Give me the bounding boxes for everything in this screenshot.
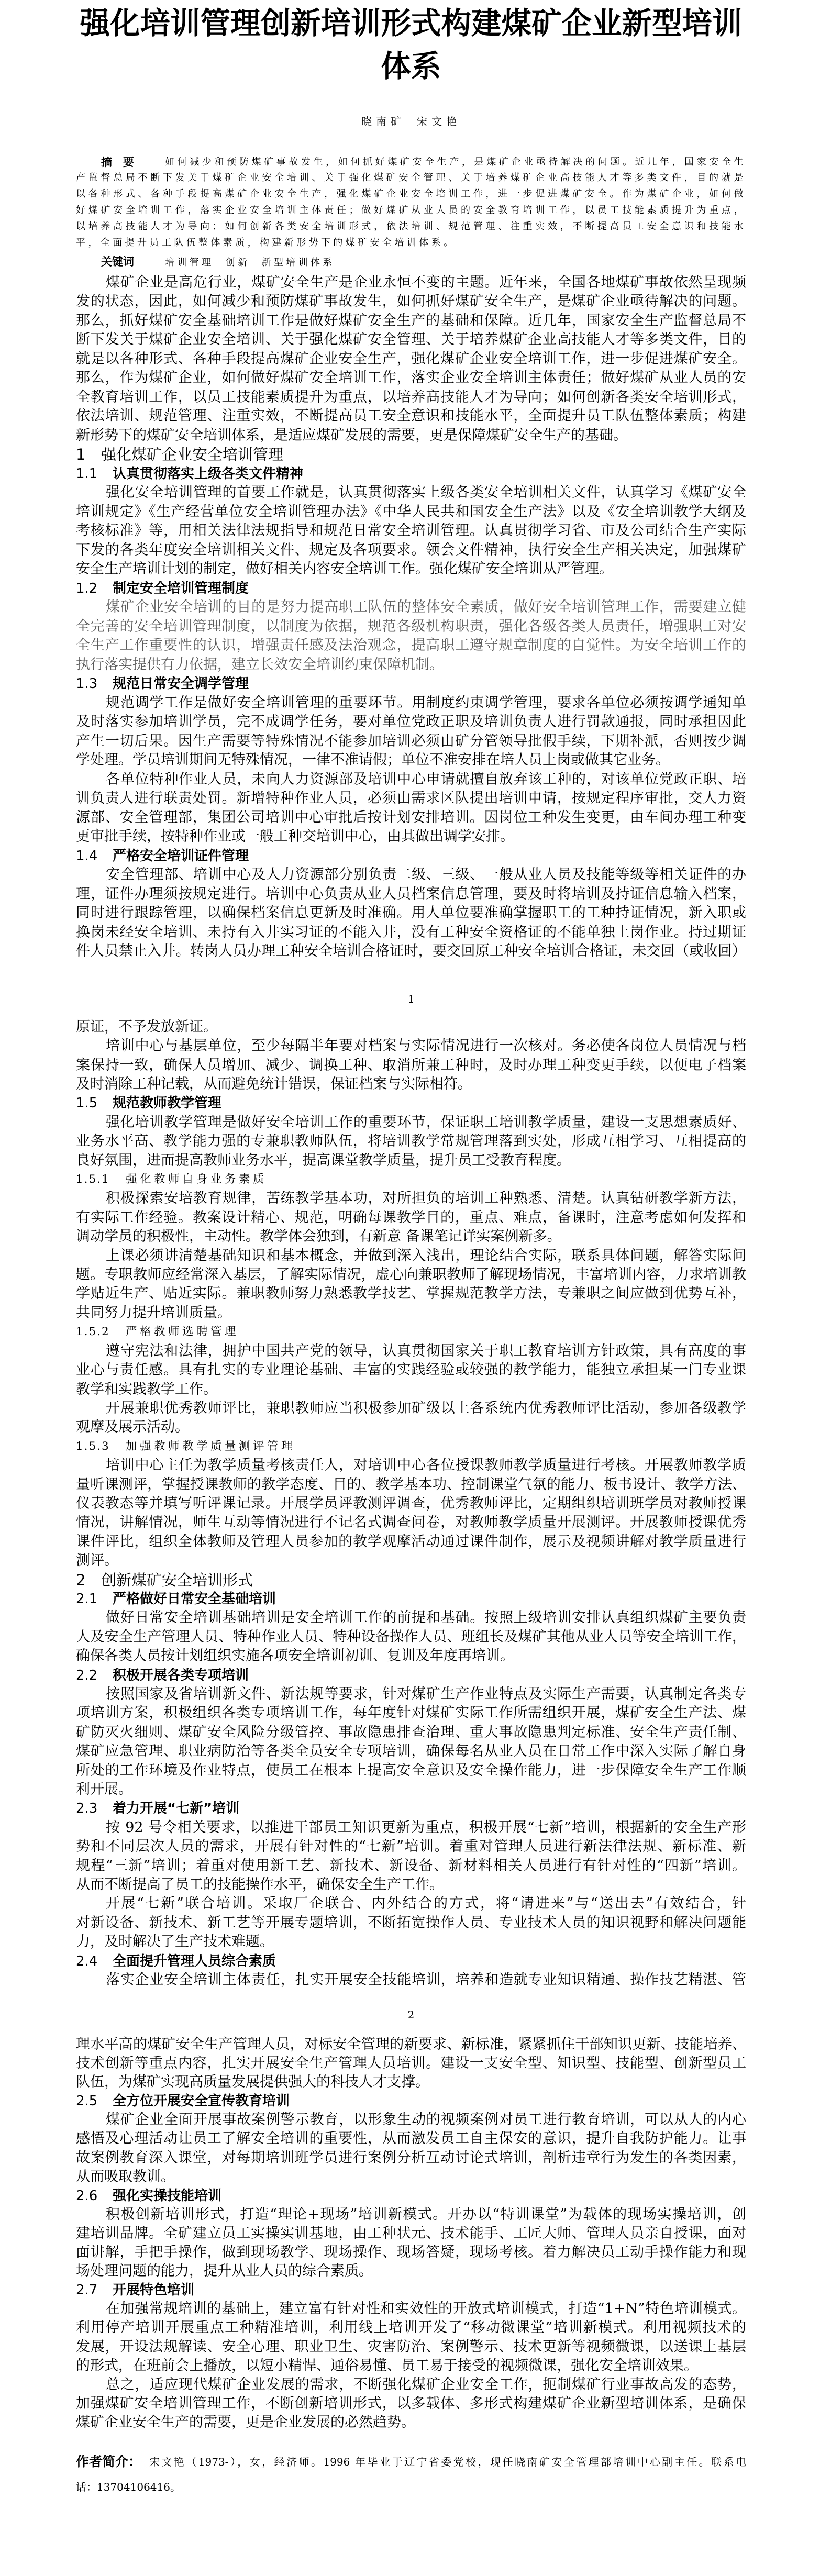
paragraph-line: 利用停产培训开展重点工种精准培训，利用线上培训开发了“移动微课堂”培训新模式。利… (76, 2318, 746, 2337)
paragraph-line: 仪表教态等并填写听评课记录。开展学员评教测评调查，优秀教师评比，定期组织培训班学… (76, 1494, 746, 1513)
title-line: 强化培训管理创新培训形式构建煤矿企业新型培训 (76, 2, 746, 45)
paragraph-line: 同时进行跟踪管理，以确保档案信息更新及时准确。用人单位要准确掌握职工的工种持证情… (76, 904, 746, 923)
paragraph-continued: 理水平高的煤矿安全生产管理人员，对标安全管理的新要求、新标准，紧紧抓住干部知识更… (76, 2035, 746, 2092)
paragraph-line: 教学和实践教学工作。 (76, 1380, 746, 1399)
subsection-title: 开展特色培训 (113, 2282, 194, 2298)
title-line: 体系 (76, 45, 746, 88)
paragraph: 培训中心与基层单位，至少每隔半年要对档案与实际情况进行一次核对。务必使各岗位人员… (76, 1037, 746, 1094)
subsubsection-heading: 1.5.1强化教师自身业务素质 (76, 1170, 746, 1189)
paragraph-line: 安全生产培训计划的制定，做好相关内容安全培训工作。强化煤矿安全培训从严管理。 (76, 560, 746, 579)
paragraph-line: 测评。 (76, 1551, 746, 1570)
paragraph: 在加强常规培训的基础上，建立富有针对性和实效性的开放式培训模式，打造“1+N”特… (76, 2300, 746, 2375)
paragraph: 煤矿企业安全培训的目的是努力提高职工队伍的整体安全素质，做好安全培训管理工作，需… (76, 598, 746, 674)
paragraph-line: 培训规定》《生产经营单位安全培训管理办法》《中华人民共和国安全生产法》以及《安全… (76, 503, 746, 522)
subsubsection-number: 1.5.1 (76, 1170, 126, 1189)
author-bio-text: 宋文艳（1973-），女，经济师。1996 年毕业于辽宁省委党校，现任晓南矿安全… (149, 2449, 746, 2474)
paragraph-line: 落实企业安全培训主体责任，扎实开展安全技能培训，培养和造就专业知识精通、操作技艺… (76, 1971, 746, 1990)
paragraph-line: 按 92 号令相关要求，以推进干部员工知识更新为重点，积极开展“七新”培训，根据… (76, 1818, 746, 1837)
subsection-title: 严格安全培训证件管理 (113, 848, 249, 864)
subsection-number: 1.2 (76, 579, 113, 598)
paragraph-line: 良好氛围，进而提高教师业务水平，提高课堂教学质量，提升员工受教育程度。 (76, 1151, 746, 1170)
paragraph-line: 规程“三新”培训；着重对使用新工艺、新技术、新设备、新材料相关人员进行有针对性的… (76, 1857, 746, 1875)
keywords-label: 关键词 (101, 254, 165, 270)
paragraph-line: 面讲解，手把手操作，做到现场教学、现场操作、现场答疑，现场考核。着力解决员工动手… (76, 2243, 746, 2262)
paragraph-line: 在加强常规培训的基础上，建立富有针对性和实效性的开放式培训模式，打造“1+N”特… (76, 2300, 746, 2318)
paragraph-line: 开展兼职优秀教师评比，兼职教师应当积极参加矿级以上各系统内优秀教师评比活动，参加… (76, 1399, 746, 1418)
paragraph: 煤矿企业全面开展事故案例警示教育，以形象生动的视频案例对员工进行教育培训，可以从… (76, 2111, 746, 2186)
subsection-heading: 1.2制定安全培训管理制度 (76, 579, 746, 598)
paragraph-line: 源部、安全管理部，集团公司培训中心审批后按计划安排培训。因岗位工种发生变更，由车… (76, 808, 746, 828)
paragraph: 遵守宪法和法律，拥护中国共产党的领导，认真贯彻国家关于职工教育培训方针政策，具有… (76, 1342, 746, 1399)
paragraph: 开展“七新”联合培训。采取厂企联合、内外结合的方式，将“请进来”与“送出去”有效… (76, 1894, 746, 1951)
subsection-heading: 2.5全方位开展安全宣传教育培训 (76, 2092, 746, 2111)
paragraph-line: 依法培训、规范管理、注重实效，不断提高员工安全意识和技能水平，全面提升员工队伍整… (76, 407, 746, 426)
paragraph-line: 共同努力提升培训质量。 (76, 1304, 746, 1323)
paragraph-line: 训负责人进行联责处罚。新增特种作业人员，必须由需求区队提出培训申请，按规定程序审… (76, 789, 746, 808)
subsection-title: 认真贯彻落实上级各类文件精神 (113, 466, 303, 482)
paragraph: 开展兼职优秀教师评比，兼职教师应当积极参加矿级以上各系统内优秀教师评比活动，参加… (76, 1399, 746, 1437)
paragraph-line: 更审批手续，按特种作业或一般工种交培训中心，由其做出调学安排。 (76, 827, 746, 847)
keyword: 培训管理 (165, 257, 214, 268)
paragraph-line: 确保各类人员按计划组织实施各项安全培训初训、复训及年度再培训。 (76, 1647, 746, 1665)
paragraph-line: 势和不同层次人员的需求，开展有针对性的“七新”培训。着重对管理人员进行新法律法规… (76, 1837, 746, 1856)
paragraph-line: 及时消除工种记载，从而避免统计错误，保证档案与实际相符。 (76, 1075, 746, 1094)
subsection-number: 2.2 (76, 1666, 113, 1685)
abstract-label: 摘 要 (101, 154, 165, 171)
paragraph-line: 遵守宪法和法律，拥护中国共产党的领导，认真贯彻国家关于职工教育培训方针政策，具有… (76, 1342, 746, 1361)
page-3-body: 理水平高的煤矿安全生产管理人员，对标安全管理的新要求、新标准，紧紧抓住干部知识更… (76, 2035, 746, 2432)
subsection-heading: 2.7开展特色培训 (76, 2281, 746, 2300)
paragraph: 强化安全培训管理的首要工作就是，认真贯彻落实上级各类安全培训相关文件，认真学习《… (76, 483, 746, 579)
subsection-number: 2.1 (76, 1590, 113, 1608)
paragraph-line: 案保持一致，确保人员增加、减少、调换工种、取消所兼工种时，及时办理工种变更手续，… (76, 1056, 746, 1075)
subsection-heading: 2.4全面提升管理人员综合素质 (76, 1952, 746, 1971)
paragraph-line: 题。专职教师应经常深入基层，了解实际情况，虚心向兼职教师了解现场情况，丰富培训内… (76, 1265, 746, 1284)
subsubsection-title: 强化教师自身业务素质 (126, 1173, 267, 1186)
paragraph-line: 上课必须讲清楚基础知识和基本概念，并做到深入浅出，理论结合实际，联系具体问题，解… (76, 1247, 746, 1265)
paragraph-line: 安全管理部、培训中心及人力资源部分别负责二级、三级、一般从业人员及技能等级等相关… (76, 865, 746, 885)
subsection-title: 着力开展“七新”培训 (113, 1801, 239, 1816)
author-bio-label: 作者简介： (76, 2449, 149, 2474)
subsection-heading: 2.6强化实操技能培训 (76, 2186, 746, 2205)
paragraph-line: 强化安全培训管理的首要工作就是，认真贯彻落实上级各类安全培训相关文件，认真学习《… (76, 483, 746, 503)
paragraph-line: 发的状态，因此，如何减少和预防煤矿事故发生，如何抓好煤矿安全生产，是煤矿企业亟待… (76, 292, 746, 312)
paragraph: 落实企业安全培训主体责任，扎实开展安全技能培训，培养和造就专业知识精通、操作技艺… (76, 1971, 746, 1990)
author-affiliation: 晓南矿 (361, 115, 405, 128)
paragraph-line: 队伍，为煤矿实现高质量发展提供强大的科技人才支撑。 (76, 2073, 746, 2092)
paragraph-line: 加强煤矿安全培训管理工作，不断创新培训形式，以多载体、多形式构建煤矿企业新型培训… (76, 2394, 746, 2413)
paragraph-line: 规范调学工作是做好安全培训管理的重要环节。用制度约束调学管理，要求各单位必须按调… (76, 694, 746, 713)
abstract-first-line: 摘 要 如何减少和预防煤矿事故发生，如何抓好煤矿安全生产，是煤矿企业亟待解决的问… (76, 154, 746, 171)
subsection-number: 1.3 (76, 674, 113, 694)
abstract-line: 以培养高技能人才为导向；如何创新各类安全培训形式，依法培训、规范管理、注重实效，… (76, 219, 746, 235)
paragraph: 各单位特种作业人员，未向人力资源部及培训中心申请就擅自放弃该工种的，对该单位党政… (76, 770, 746, 847)
keyword: 新型培训体系 (261, 257, 335, 268)
paragraph-line: 那么，作为煤矿企业，如何做好煤矿安全培训工作，落实企业安全培训主体责任；做好煤矿… (76, 369, 746, 388)
paragraph-line: 及时落实参加培训学员，完不成调学任务，要对单位党政正职及培训负责人进行罚款通报，… (76, 713, 746, 732)
paragraph-line: 理，证件办理须按规定进行。培训中心负责从业人员档案信息管理，要及时将培训及持证信… (76, 885, 746, 904)
paragraph-line: 按照国家及省培训新文件、新法规等要求，针对煤矿生产作业特点及实际生产需要，认真制… (76, 1685, 746, 1704)
subsubsection-number: 1.5.2 (76, 1323, 126, 1341)
subsubsection-number: 1.5.3 (76, 1437, 126, 1456)
paragraph-line: 建培训品牌。全矿建立员工实操实训基地，由工种状元、技术能手、工匠大师、管理人员亲… (76, 2224, 746, 2243)
page-number: 2 (76, 2007, 746, 2023)
page-2-body: 原证，不予发放新证。 培训中心与基层单位，至少每隔半年要对档案与实际情况进行一次… (76, 1018, 746, 1990)
paragraph-line: 全完善的安全培训管理制度，以制度为依据，规范各级机构职责，强化各级各类人员责任，… (76, 617, 746, 637)
paper-title: 强化培训管理创新培训形式构建煤矿企业新型培训 体系 (76, 2, 746, 88)
paragraph-line: 总之，适应现代煤矿企业发展的需求，不断强化煤矿企业安全工作，扼制煤矿行业事故高发… (76, 2375, 746, 2394)
paragraph-line: 考核标准》等，用相关法律法规指导和规范日常安全培训管理。认真贯彻学习省、市及公司… (76, 521, 746, 541)
subsection-title: 积极开展各类专项培训 (113, 1668, 249, 1683)
paragraph: 按 92 号令相关要求，以推进干部员工知识更新为重点，积极开展“七新”培训，根据… (76, 1818, 746, 1895)
paragraph: 强化培训教学管理是做好安全培训工作的重要环节，保证职工培训教学质量，建设一支思想… (76, 1113, 746, 1170)
abstract-line: 如何减少和预防煤矿事故发生，如何抓好煤矿安全生产，是煤矿企业亟待解决的问题。近几… (165, 154, 746, 171)
paragraph-line: 量听课测评，掌握授课教师的教学态度、目的、教学基本功、控制课堂气氛的能力、板书设… (76, 1475, 746, 1494)
section-heading: 1强化煤矿企业安全培训管理 (76, 445, 746, 464)
paragraph-line: 件人员禁止入井。转岗人员办理工种安全培训合格证时，要交回原工种安全培训合格证，未… (76, 942, 746, 961)
paragraph-line: 项培训方案，积极组织各类专项培训工作，每年度针对煤矿实际工作所需组织开展，煤矿安… (76, 1704, 746, 1723)
paragraph-line: 所处的工作环境及作业特点，使员工在根本上提高安全意识及安全操作能力，进一步保障安… (76, 1761, 746, 1780)
paragraph-line: 发展，开设法规解读、安全心理、职业卫生、灾害防治、案例警示、技术更新等视频微课，… (76, 2338, 746, 2357)
paragraph-line: 感悟及心理活动让员工了解安全培训的重要性，从而激发员工自主保安的意识，提升自我防… (76, 2129, 746, 2148)
paragraph-line: 新形势下的煤矿安全培训体系，是适应煤矿发展的需要，更是保障煤矿安全生产的基础。 (76, 426, 746, 446)
subsection-number: 2.3 (76, 1799, 113, 1818)
keyword: 创新 (226, 257, 250, 268)
paragraph-line: 业务水平高、教学能力强的专兼职教师队伍，将培训教学常规管理落到实处，形成互相学习… (76, 1132, 746, 1151)
paragraph: 上课必须讲清楚基础知识和基本概念，并做到深入浅出，理论结合实际，联系具体问题，解… (76, 1247, 746, 1323)
subsection-heading: 1.4严格安全培训证件管理 (76, 847, 746, 866)
paragraph-line: 调动学员的积极性，主动性。教学体会独到，有新意 备课笔记详实案例新多。 (76, 1227, 746, 1246)
paragraph-line: 利开展。 (76, 1780, 746, 1799)
paragraph-line: 课件评比，组织全体教师及管理人员参加的教学观摩活动通过课件制作，展示及视频讲解对… (76, 1533, 746, 1551)
abstract: 摘 要 如何减少和预防煤矿事故发生，如何抓好煤矿安全生产，是煤矿企业亟待解决的问… (76, 154, 746, 251)
paragraph-line: 煤矿应急管理、职业病防治等各类全员安全专项培训，确保每名从业人员在日常工作中深入… (76, 1742, 746, 1761)
paragraph: 做好日常安全培训基础培训是安全培训工作的前提和基础。按照上级培训安排认真组织煤矿… (76, 1608, 746, 1665)
subsubsection-title: 加强教师教学质量测评管理 (126, 1440, 295, 1453)
subsubsection-heading: 1.5.2严格教师选聘管理 (76, 1323, 746, 1341)
subsection-title: 全方位开展安全宣传教育培训 (113, 2093, 290, 2109)
abstract-line: 好煤矿安全培训工作，落实企业安全培训主体责任；做好煤矿从业人员的安全教育培训工作… (76, 203, 746, 219)
subsection-heading: 2.3着力开展“七新”培训 (76, 1799, 746, 1818)
paragraph-line: 下发的各类年度安全培训相关文件、规定及各项要求。领会文件精神，执行安全生产相关决… (76, 541, 746, 560)
section-number: 2 (76, 1571, 101, 1590)
subsection-number: 1.1 (76, 464, 113, 484)
subsection-title: 全面提升管理人员综合素质 (113, 1953, 276, 1969)
intro-paragraph: 煤矿企业是高危行业，煤矿安全生产是企业永恒不变的主题。近年来，全国各地煤矿事故依… (76, 273, 746, 446)
paragraph-line: 人及安全生产管理人员、特种作业人员、特种设备操作人员、班组长及煤矿其他从业人员等… (76, 1628, 746, 1647)
paragraph-line: 就是以各种形式、各种手段提高煤矿企业安全生产，强化煤矿企业安全培训工作，进一步促… (76, 350, 746, 369)
paragraph-line: 煤矿企业全面开展事故案例警示教育，以形象生动的视频案例对员工进行教育培训，可以从… (76, 2111, 746, 2129)
subsection-heading: 2.1严格做好日常安全基础培训 (76, 1590, 746, 1608)
section-title: 创新煤矿安全培训形式 (101, 1571, 253, 1589)
author-name: 宋文艳 (417, 115, 461, 128)
abstract-line: 平，全面提升员工队伍整体素质，构建新形势下的煤矿安全培训体系。 (76, 235, 746, 251)
subsection-number: 2.6 (76, 2186, 113, 2205)
document: 强化培训管理创新培训形式构建煤矿企业新型培训 体系 晓南矿宋文艳 摘 要 如何减… (0, 0, 831, 2576)
paragraph-line: 煤矿企业是高危行业，煤矿安全生产是企业永恒不变的主题。近年来，全国各地煤矿事故依… (76, 273, 746, 293)
paragraph-line: 有实际工作经验。教案设计精心、规范，明确每课教学目的，重点、难点，备课时，注意考… (76, 1208, 746, 1227)
paragraph-line: 情况，讲解情况，师生互动等情况进行不记名式调查问卷，对教师教学质量开展测评。开展… (76, 1513, 746, 1532)
paragraph-line: 观摩及展示活动。 (76, 1418, 746, 1437)
subsection-number: 2.5 (76, 2092, 113, 2111)
subsubsection-heading: 1.5.3加强教师教学质量测评管理 (76, 1437, 746, 1456)
paragraph: 按照国家及省培训新文件、新法规等要求，针对煤矿生产作业特点及实际生产需要，认真制… (76, 1685, 746, 1799)
paragraph-line: 故案例教育深入课堂，对每期培训班学员进行案例分析互动讨论式培训，剖析违章行为发生… (76, 2149, 746, 2168)
paragraph-line: 全教育培训工作，以员工技能素质提升为重点，以培养高技能人才为导向；如何创新各类安… (76, 388, 746, 407)
author-line: 晓南矿宋文艳 (76, 114, 746, 129)
abstract-line: 产监督总局不断下发关于煤矿企业安全培训、关于强化煤矿安全管理、关于培养煤矿企业高… (76, 170, 746, 186)
paragraph-line: 断下发关于煤矿企业安全培训、关于强化煤矿安全管理、关于培养煤矿企业高技能人才等多… (76, 330, 746, 350)
paragraph-line: 培训中心主任为教学质量考核责任人，对培训中心各位授课教师教学质量进行考核。开展教… (76, 1456, 746, 1475)
paragraph-line: 对新设备、新技术、新工艺等开展专题培训，不断拓宽操作人员、专业技术人员的知识视野… (76, 1914, 746, 1933)
subsection-heading: 1.3规范日常安全调学管理 (76, 674, 746, 694)
paragraph-line: 产生一切后果。因生产需要等特殊情况不能参加培训必须由矿分管领导批假手续，下期补派… (76, 732, 746, 751)
paragraph: 积极探索安培教育规律，苦练教学基本功，对所担负的培训工种熟悉、清楚。认真钻研教学… (76, 1189, 746, 1246)
paragraph-line: 场处理问题的能力，提升从业人员的综合素质。 (76, 2262, 746, 2281)
subsection-title: 规范日常安全调学管理 (113, 676, 249, 692)
paragraph-line: 理水平高的煤矿安全生产管理人员，对标安全管理的新要求、新标准，紧紧抓住干部知识更… (76, 2035, 746, 2054)
section-heading: 2创新煤矿安全培训形式 (76, 1571, 746, 1590)
paragraph-line: 从而不断提高了员工的技能操作水平，确保安全生产工作。 (76, 1875, 746, 1894)
subsection-number: 2.4 (76, 1952, 113, 1971)
paragraph: 安全管理部、培训中心及人力资源部分别负责二级、三级、一般从业人员及技能等级等相关… (76, 865, 746, 961)
paragraph-line: 各单位特种作业人员，未向人力资源部及培训中心申请就擅自放弃该工种的，对该单位党政… (76, 770, 746, 790)
paragraph: 积极创新培训形式，打造“理论+现场”培训新模式。开办以“特训课堂”为载体的现场实… (76, 2205, 746, 2281)
section-title: 强化煤矿企业安全培训管理 (101, 446, 283, 463)
subsection-title: 严格做好日常安全基础培训 (113, 1591, 276, 1607)
paragraph-line: 煤矿企业安全培训的目的是努力提高职工队伍的整体安全素质，做好安全培训管理工作，需… (76, 598, 746, 617)
subsection-number: 1.5 (76, 1094, 113, 1113)
paragraph-continued: 原证，不予发放新证。 (76, 1018, 746, 1037)
paragraph: 培训中心主任为教学质量考核责任人，对培训中心各位授课教师教学质量进行考核。开展教… (76, 1456, 746, 1570)
author-bio-first-line: 作者简介： 宋文艳（1973-），女，经济师。1996 年毕业于辽宁省委党校，现… (76, 2449, 746, 2474)
page-1-body: 煤矿企业是高危行业，煤矿安全生产是企业永恒不变的主题。近年来，全国各地煤矿事故依… (76, 273, 746, 961)
subsection-heading: 1.1认真贯彻落实上级各类文件精神 (76, 464, 746, 484)
paragraph-line: 执行落实提供有力依据，建立长效安全培训约束保障机制。 (76, 656, 746, 675)
paragraph-line: 换岗未经安全培训、未持有入井实习证的不能入井，没有工种安全资格证的不能单独上岗作… (76, 923, 746, 942)
conclusion-paragraph: 总之，适应现代煤矿企业发展的需求，不断强化煤矿企业安全工作，扼制煤矿行业事故高发… (76, 2375, 746, 2432)
subsection-title: 规范教师教学管理 (113, 1095, 221, 1111)
paragraph-line: 原证，不予发放新证。 (76, 1018, 746, 1037)
paragraph-line: 煤矿企业安全生产的需要，更是企业发展的必然趋势。 (76, 2413, 746, 2432)
paragraph-line: 力，及时解决了生产技术难题。 (76, 1933, 746, 1951)
paragraph-line: 那么，抓好煤矿安全基础培训工作是做好煤矿安全生产的基础和保障。近几年，国家安全生… (76, 312, 746, 331)
paragraph-line: 从而吸取教训。 (76, 2168, 746, 2186)
paragraph-line: 做好日常安全培训基础培训是安全培训工作的前提和基础。按照上级培训安排认真组织煤矿… (76, 1608, 746, 1627)
subsection-heading: 1.5规范教师教学管理 (76, 1094, 746, 1113)
paragraph: 规范调学工作是做好安全培训管理的重要环节。用制度约束调学管理，要求各单位必须按调… (76, 694, 746, 770)
abstract-line: 以各种形式、各种手段提高煤矿企业安全生产，强化煤矿企业安全培训工作，进一步促进煤… (76, 186, 746, 203)
paragraph-line: 业心与责任感。具有扎实的专业理论基础、丰富的实践经验或较强的教学能力，能独立承担… (76, 1361, 746, 1380)
page-number: 1 (76, 991, 746, 1007)
author-bio: 作者简介： 宋文艳（1973-），女，经济师。1996 年毕业于辽宁省委党校，现… (76, 2449, 746, 2500)
paragraph-line: 全生产工作重要性的认识，增强责任感及法治观念，提高职工遵守规章制度的自觉性。为安… (76, 636, 746, 656)
author-bio-text: 话：13704106416。 (76, 2474, 746, 2500)
paragraph-line: 学贴近生产、贴近实际。兼职教师努力熟悉教学技艺、掌握规范教学方法，专兼职之间应做… (76, 1284, 746, 1303)
subsection-number: 1.4 (76, 847, 113, 866)
paragraph-line: 积极探索安培教育规律，苦练教学基本功，对所担负的培训工种熟悉、清楚。认真钻研教学… (76, 1189, 746, 1208)
paragraph-line: 矿防灭火细则、煤矿安全风险分级管控、事故隐患排查治理、重大事故隐患判定标准、安全… (76, 1723, 746, 1742)
paragraph-line: 开展“七新”联合培训。采取厂企联合、内外结合的方式，将“请进来”与“送出去”有效… (76, 1894, 746, 1913)
keywords: 关键词培训管理创新新型培训体系 (76, 254, 746, 270)
subsection-title: 制定安全培训管理制度 (113, 581, 249, 596)
paragraph-line: 强化培训教学管理是做好安全培训工作的重要环节，保证职工培训教学质量，建设一支思想… (76, 1113, 746, 1132)
paragraph-line: 技术创新等重点内容，扎实开展安全生产管理人员培训。建设一支安全型、知识型、技能型… (76, 2054, 746, 2073)
subsection-heading: 2.2积极开展各类专项培训 (76, 1666, 746, 1685)
subsection-title: 强化实操技能培训 (113, 2188, 221, 2204)
paragraph-line: 培训中心与基层单位，至少每隔半年要对档案与实际情况进行一次核对。务必使各岗位人员… (76, 1037, 746, 1056)
paragraph-line: 的形式，在班前会上播放，以短小精悍、通俗易懂、员工易于接受的视频微课，强化安全培… (76, 2357, 746, 2375)
section-number: 1 (76, 445, 101, 464)
subsubsection-title: 严格教师选聘管理 (126, 1325, 239, 1338)
paragraph-line: 积极创新培训形式，打造“理论+现场”培训新模式。开办以“特训课堂”为载体的现场实… (76, 2205, 746, 2224)
subsection-number: 2.7 (76, 2281, 113, 2300)
paragraph-line: 学处理。学员培训期间无特殊情况，一律不准请假；单位不准安排在培人员上岗或做其它业… (76, 751, 746, 770)
